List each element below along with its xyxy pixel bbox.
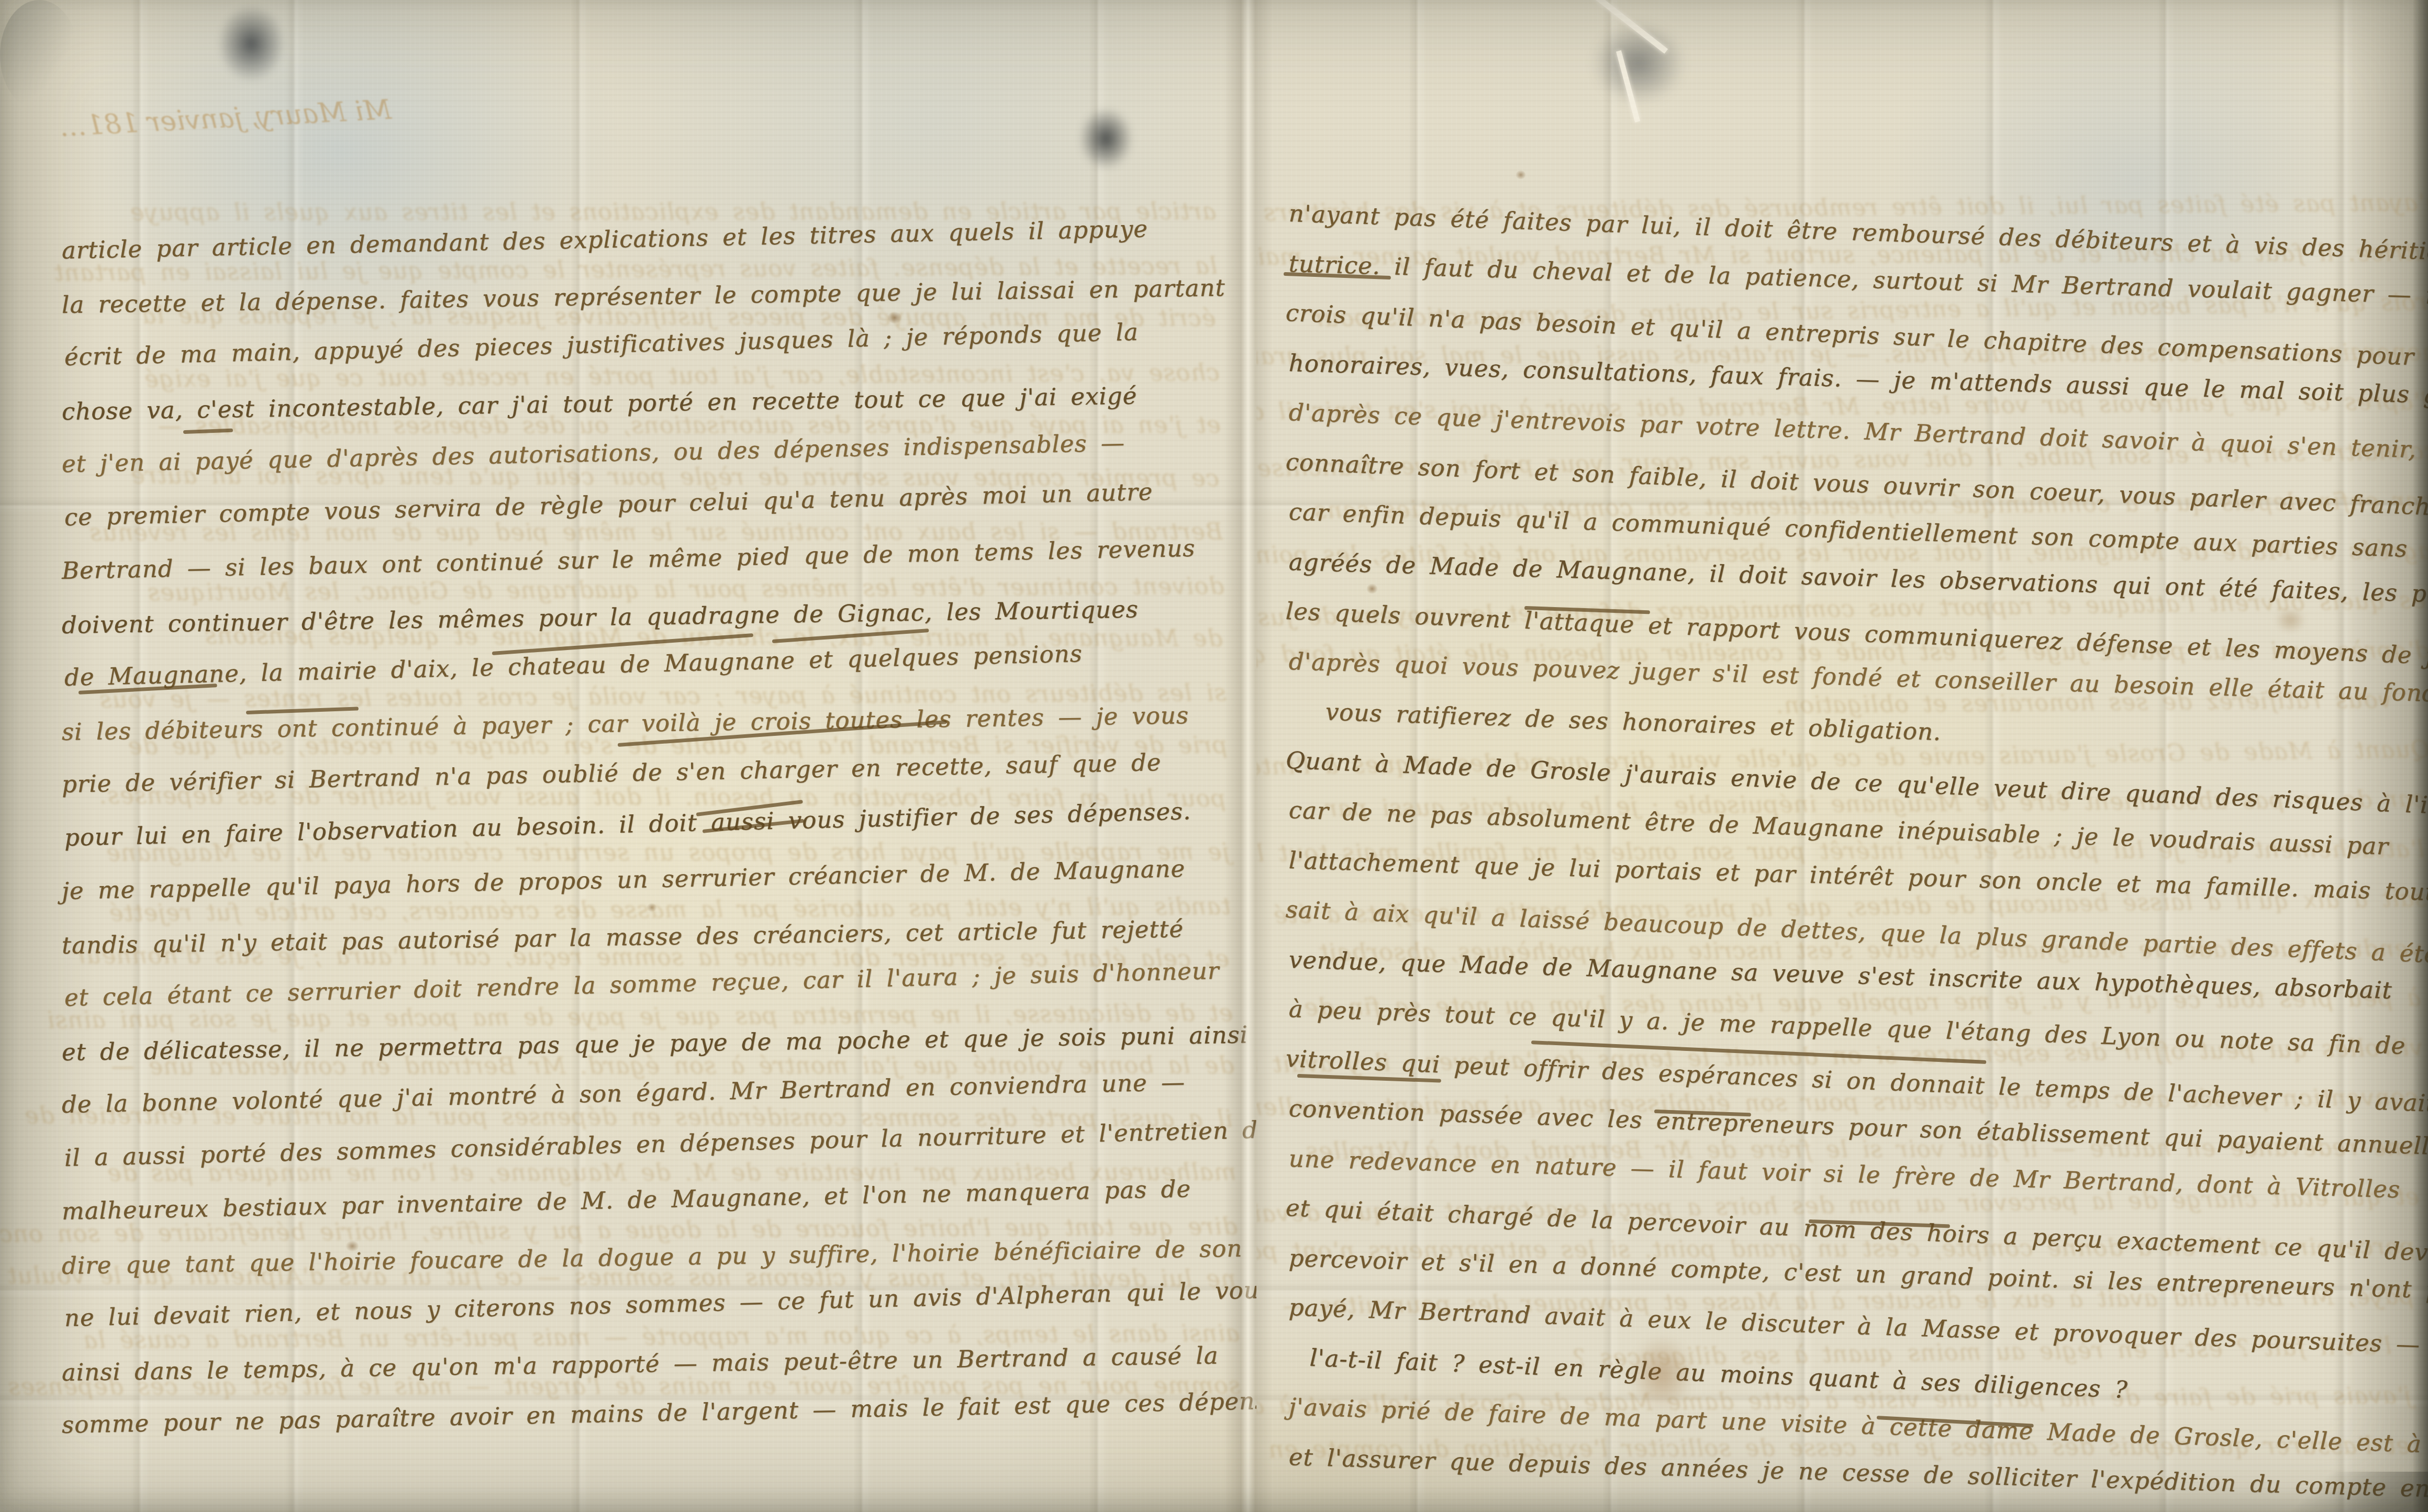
manuscript-sheet: article par article en demandant des exp… <box>0 0 2428 1512</box>
page-left: article par article en demandant des exp… <box>0 0 1256 1512</box>
handwritten-text-left: article par article en demandant des exp… <box>62 224 1229 1452</box>
corner-note: Mi Maury, janvier 181… <box>66 94 392 142</box>
handwritten-text-right: n'ayant pas été faites par lui, il doit … <box>1289 188 2425 1481</box>
page-right: n'ayant pas été faites par lui, il doit … <box>1256 0 2428 1512</box>
